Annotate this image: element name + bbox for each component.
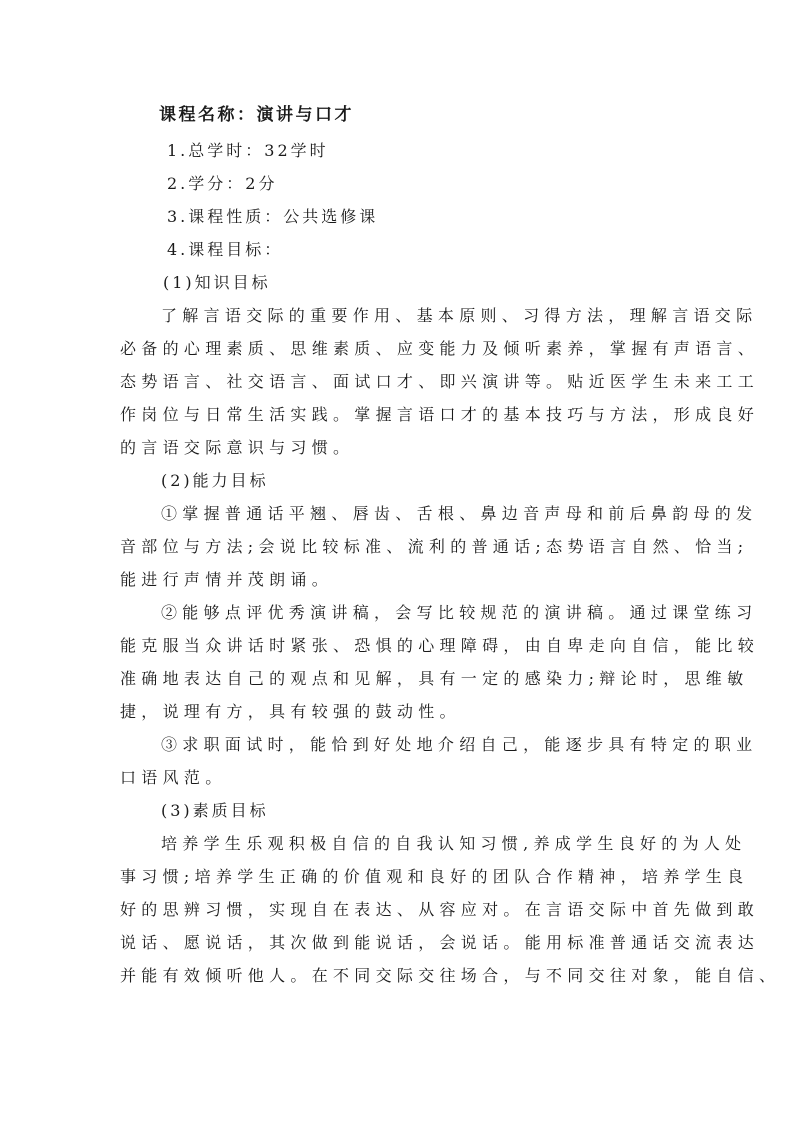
paragraph-line: 态势语言、社交语言、面试口才、即兴演讲等。贴近医学生未来工工 xyxy=(120,372,759,392)
paragraph-line: 能克服当众讲话时紧张、恐惧的心理障碍，由自卑走向自信，能比较 xyxy=(120,636,759,656)
paragraph-line: 了解言语交际的重要作用、基本原则、习得方法，理解言语交际 xyxy=(161,306,757,326)
paragraph-line: 说话、愿说话，其次做到能说话，会说话。能用标准普通话交流表达 xyxy=(120,933,759,953)
document-page: 课程名称：演讲与口才 1.总学时：32学时 2.学分：2分 3.课程性质：公共选… xyxy=(0,0,793,1122)
item-course-nature: 3.课程性质：公共选修课 xyxy=(167,207,378,227)
item-credits: 2.学分：2分 xyxy=(167,174,277,194)
paragraph-line: 作岗位与日常生活实践。掌握言语口才的基本技巧与方法，形成良好 xyxy=(120,405,759,425)
paragraph-line: 口语风范。 xyxy=(120,768,227,788)
paragraph-line: 并能有效倾听他人。在不同交际交往场合，与不同交往对象，能自信、 xyxy=(120,966,780,986)
section-heading-knowledge: (1)知识目标 xyxy=(163,273,271,293)
paragraph-line: 培养学生乐观积极自信的自我认知习惯,养成学生良好的为人处 xyxy=(161,834,747,854)
paragraph-line: 准确地表达自己的观点和见解，具有一定的感染力;辩论时，思维敏 xyxy=(120,669,748,689)
section-heading-quality: (3)素质目标 xyxy=(161,801,269,821)
paragraph-line: 必备的心理素质、思维素质、应变能力及倾听素养，掌握有声语言、 xyxy=(120,339,759,359)
course-title: 课程名称：演讲与口才 xyxy=(159,105,354,125)
paragraph-line: 事习惯;培养学生正确的价值观和良好的团队合作精神，培养学生良 xyxy=(120,867,748,887)
paragraph-line: 捷，说理有方，具有较强的鼓动性。 xyxy=(120,702,461,722)
item-course-goals: 4.课程目标： xyxy=(167,240,283,260)
paragraph-line: 音部位与方法;会说比较标准、流利的普通话;态势语言自然、恰当; xyxy=(120,537,748,557)
paragraph-line: 的言语交际意识与习惯。 xyxy=(120,438,354,458)
paragraph-line: ②能够点评优秀演讲稿，会写比较规范的演讲稿。通过课堂练习 xyxy=(161,603,757,623)
paragraph-line: ③求职面试时，能恰到好处地介绍自己，能逐步具有特定的职业 xyxy=(161,735,757,755)
item-total-hours: 1.总学时：32学时 xyxy=(167,141,329,161)
paragraph-line: ①掌握普通话平翘、唇齿、舌根、鼻边音声母和前后鼻韵母的发 xyxy=(161,504,757,524)
section-heading-ability: (2)能力目标 xyxy=(161,471,269,491)
paragraph-line: 好的思辨习惯，实现自在表达、从容应对。在言语交际中首先做到敢 xyxy=(120,900,759,920)
paragraph-line: 能进行声情并茂朗诵。 xyxy=(120,570,333,590)
